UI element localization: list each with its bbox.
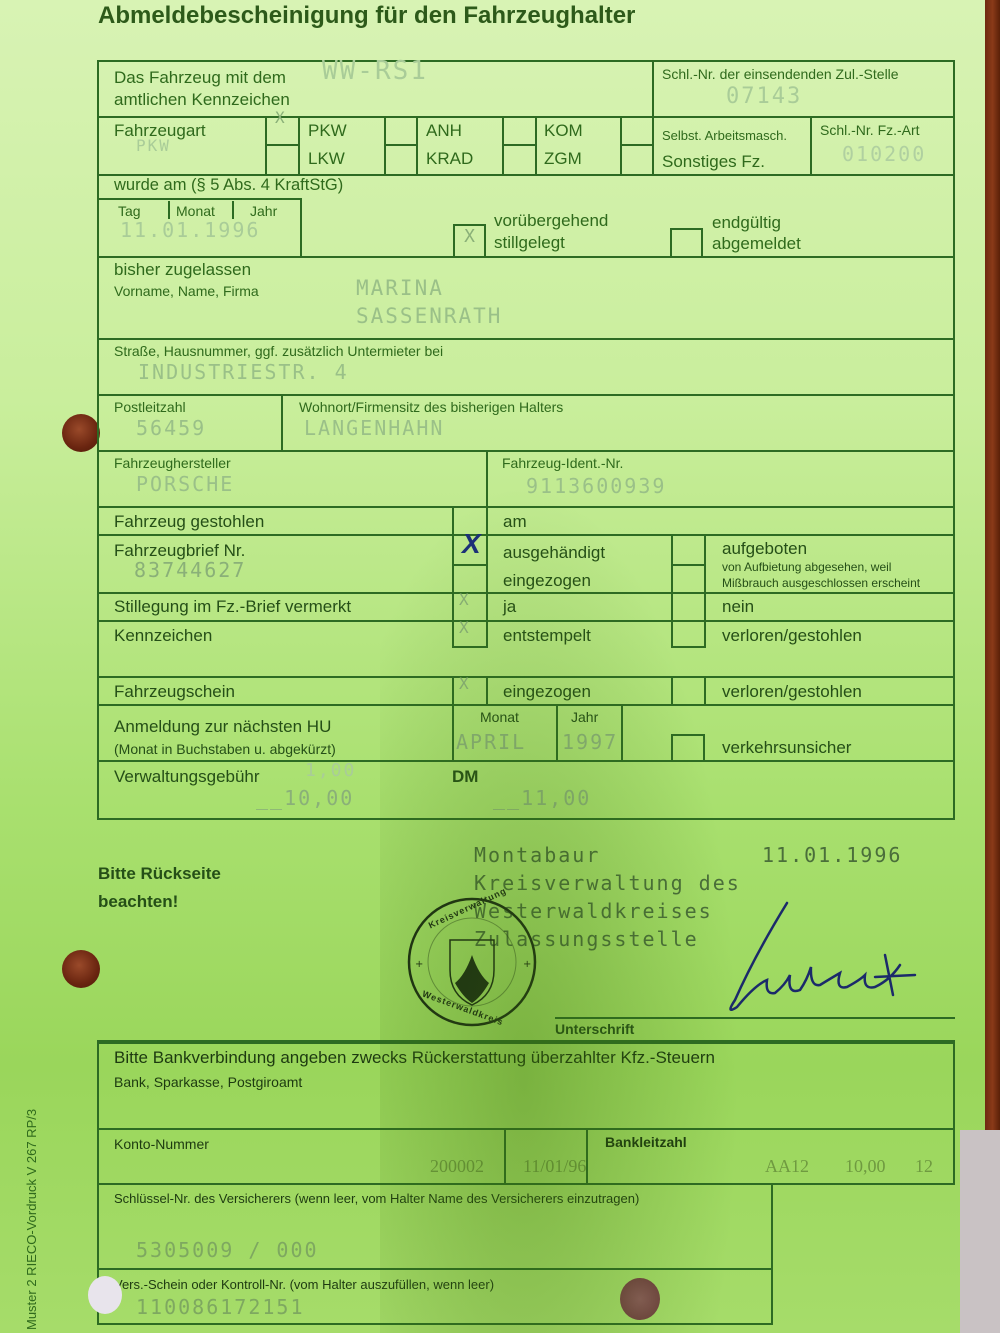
street-value[interactable]: INDUSTRIESTR. 4 (138, 360, 349, 384)
withdrawn-label: eingezogen (503, 571, 591, 591)
fee-currency: DM (452, 767, 478, 787)
plate-label-1: Das Fahrzeug mit dem (114, 68, 286, 88)
option-krad: KRAD (426, 149, 473, 169)
issuer-place: Montabaur (474, 843, 600, 867)
side-imprint: Muster 2 RIECO-Vordruck V 267 RP/3 (24, 1109, 39, 1330)
announced-note-1: von Aufbietung abgesehen, weil (722, 560, 891, 574)
announced-note-2: Mißbrauch ausgeschlossen erscheint (722, 576, 920, 590)
inspection-year-header: Jahr (571, 709, 598, 725)
inspection-sublabel: (Monat in Buchstaben u. abgekürzt) (114, 741, 336, 757)
option-anh: ANH (426, 121, 462, 141)
inspection-month-header: Monat (480, 709, 519, 725)
plates-label: Kennzeichen (114, 626, 212, 646)
vin-label: Fahrzeug-Ident.-Nr. (502, 455, 623, 471)
noted-yes-label: ja (503, 597, 516, 617)
signature-icon (715, 895, 925, 1025)
account-label: Konto-Nummer (114, 1136, 209, 1152)
office-no-label: Schl.-Nr. der einsendenden Zul.-Stelle (662, 66, 899, 82)
temporary-label-2: stillgelegt (494, 233, 565, 253)
handed-over-label: ausgehändigt (503, 543, 605, 563)
final-label-1: endgültig (712, 213, 781, 233)
brief-value[interactable]: 83744627 (134, 558, 246, 582)
date-header-year: Jahr (250, 203, 277, 219)
plate-value[interactable]: WW-RS1 (322, 56, 428, 86)
temporary-label-1: vorübergehend (494, 211, 608, 231)
svg-text:+: + (523, 959, 531, 970)
unsafe-checkbox[interactable] (671, 734, 705, 762)
manufacturer-label: Fahrzeughersteller (114, 455, 231, 471)
office-no-value[interactable]: 07143 (726, 84, 802, 109)
plate-label-2: amtlichen Kennzeichen (114, 90, 290, 110)
stolen-on-label: am (503, 512, 527, 532)
inspection-label: Anmeldung zur nächsten HU (114, 717, 331, 737)
date-header-month: Monat (176, 203, 215, 219)
holder-section-label: bisher zugelassen (114, 260, 251, 280)
plates-unstamped-label: entstempelt (503, 626, 591, 646)
back-side-notice: Bitte Rückseite beachten! (98, 860, 258, 916)
svg-text:+: + (415, 959, 423, 970)
handed-over-checkbox[interactable]: X (462, 528, 481, 560)
plates-unstamped-checkbox[interactable]: X (459, 618, 471, 637)
punch-hole (88, 1276, 122, 1314)
deregistration-label: wurde am (§ 5 Abs. 4 KraftStG) (114, 176, 343, 195)
noted-label: Stillegung im Fz.-Brief vermerkt (114, 597, 351, 617)
option-zgm: ZGM (544, 149, 582, 169)
sort-code-label: Bankleitzahl (605, 1134, 687, 1150)
stolen-label: Fahrzeug gestohlen (114, 512, 264, 532)
holder-first-name[interactable]: MARINA (356, 276, 444, 300)
issuer-line2: Kreisverwaltung des (474, 871, 741, 895)
fee-label: Verwaltungsgebühr (114, 767, 260, 787)
registration-withdrawn-label: eingezogen (503, 682, 591, 702)
inspection-year-value[interactable]: 1997 (562, 730, 618, 754)
type-code-label: Schl.-Nr. Fz.-Art (820, 122, 920, 138)
noted-yes-checkbox[interactable]: X (459, 590, 471, 609)
account-value-2: 11/01/96 (523, 1156, 586, 1177)
registration-lost-label: verloren/gestohlen (722, 682, 862, 702)
announced-label: aufgeboten (722, 539, 807, 559)
registration-withdrawn-checkbox[interactable]: X (459, 674, 471, 693)
insurer-key-value[interactable]: 5305009 / 000 (136, 1238, 319, 1262)
sort-code-value-3: 12 (915, 1156, 933, 1177)
temporary-checkbox[interactable]: X (453, 224, 486, 256)
street-label: Straße, Hausnummer, ggf. zusätzlich Unte… (114, 343, 443, 359)
fee-value-top: 1,00 (305, 760, 356, 781)
punch-hole (62, 414, 100, 452)
holder-name-label: Vorname, Name, Firma (114, 283, 259, 299)
zip-value[interactable]: 56459 (136, 416, 206, 440)
unsafe-label: verkehrsunsicher (722, 738, 851, 758)
vin-value[interactable]: 9113600939 (526, 474, 666, 498)
fee-total[interactable]: __11,00 (493, 786, 591, 810)
insurance-cert-label: Vers.-Schein oder Kontroll-Nr. (vom Halt… (114, 1277, 494, 1292)
issuer-date: 11.01.1996 (762, 843, 902, 867)
inspection-month-value[interactable]: APRIL (456, 730, 526, 754)
registration-label: Fahrzeugschein (114, 682, 235, 702)
option-kom: KOM (544, 121, 583, 141)
manufacturer-value[interactable]: PORSCHE (136, 472, 234, 496)
vehicle-type-value: PKW (136, 136, 171, 155)
floor-background (960, 1130, 1000, 1333)
date-header-day: Tag (118, 203, 141, 219)
sort-code-value-2: 10,00 (845, 1156, 886, 1177)
fee-value[interactable]: __10,00 (256, 786, 354, 810)
zip-label: Postleitzahl (114, 399, 186, 415)
option-sonstiges: Sonstiges Fz. (662, 152, 765, 172)
final-label-2: abgemeldet (712, 234, 801, 254)
pkw-checkbox-mark[interactable]: X (275, 108, 287, 127)
city-value[interactable]: LANGENHAHN (304, 416, 444, 440)
deregistration-date-value[interactable]: 11.01.1996 (120, 218, 260, 242)
bank-label: Bank, Sparkasse, Postgiroamt (114, 1074, 302, 1090)
type-code-value[interactable]: 010200 (842, 142, 926, 166)
signature-label: Unterschrift (555, 1021, 634, 1037)
punch-hole (62, 950, 100, 988)
final-checkbox[interactable] (670, 228, 703, 256)
insurance-cert-value[interactable]: 110086172151 (136, 1295, 305, 1319)
bank-heading: Bitte Bankverbindung angeben zwecks Rück… (114, 1048, 715, 1068)
noted-no-label: nein (722, 597, 754, 617)
option-pkw: PKW (308, 121, 347, 141)
sort-code-value-1[interactable]: AA12 (765, 1156, 809, 1177)
plates-lost-label: verloren/gestohlen (722, 626, 862, 646)
document-title: Abmeldebescheinigung für den Fahrzeughal… (98, 2, 635, 30)
insurer-key-label: Schlüssel-Nr. des Versicherers (wenn lee… (114, 1191, 639, 1206)
option-lkw: LKW (308, 149, 345, 169)
option-selbst-arbeitsmasch: Selbst. Arbeitsmasch. (662, 128, 787, 143)
city-label: Wohnort/Firmensitz des bisherigen Halter… (299, 399, 563, 415)
account-value-1[interactable]: 200002 (430, 1156, 484, 1177)
holder-last-name[interactable]: SASSENRATH (356, 304, 502, 328)
